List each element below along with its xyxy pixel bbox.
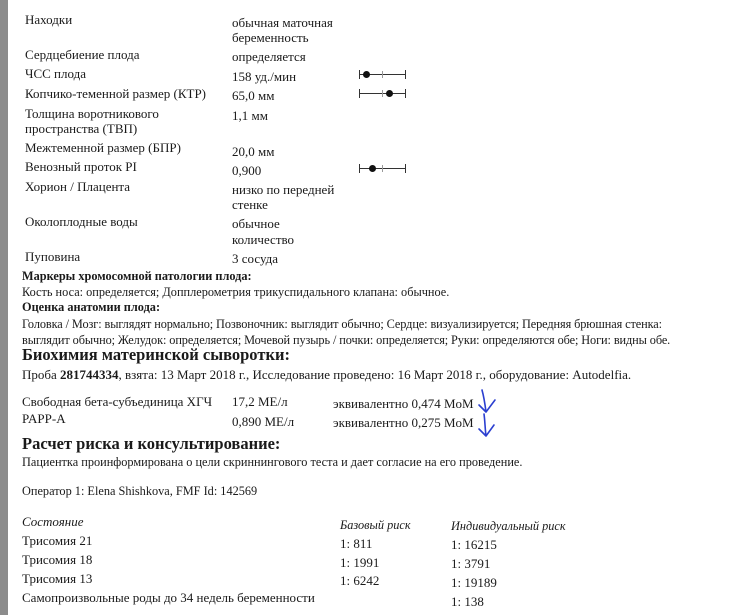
risk-header-condition: Состояние [22,513,84,530]
range-indicator-fhr [359,70,406,79]
finding-value: количество [232,231,294,248]
risk-condition: Самопроизвольные роды до 34 недель берем… [22,589,315,606]
finding-value: определяется [232,48,306,65]
finding-label: Копчико-теменной размер (КТР) [25,85,206,102]
sample-info: Проба 281744334, взята: 13 Март 2018 г.,… [22,366,631,383]
finding-value: 158 уд./мин [232,68,296,85]
biochem-title: Биохимия материнской сыворотки: [22,345,290,365]
scan-edge [0,0,8,615]
biochem-value: 0,890 МЕ/л [232,413,294,430]
risk-condition: Трисомия 13 [22,570,92,587]
finding-label: Пуповина [25,248,80,265]
biochem-mom: эквивалентно 0,474 MoM [333,395,474,412]
risk-individual: 1: 19189 [451,574,497,591]
finding-label: Находки [25,11,72,28]
finding-value: 20,0 мм [232,143,274,160]
finding-value: обычное [232,215,280,232]
markers-title: Маркеры хромосомной патологии плода: [22,268,252,284]
anatomy-line: Головка / Мозг: выглядят нормально; Позв… [22,316,662,332]
range-indicator-ductus [359,164,406,173]
risk-base: 1: 811 [340,535,372,552]
sample-details: , взята: 13 Март 2018 г., Исследование п… [119,367,632,382]
operator-info: Оператор 1: Elena Shishkova, FMF Id: 142… [22,483,257,499]
risk-individual: 1: 138 [451,593,484,610]
finding-label: Хорион / Плацента [25,178,130,195]
anatomy-title: Оценка анатомии плода: [22,299,160,315]
biochem-name: PAPP-A [22,410,66,427]
risk-condition: Трисомия 18 [22,551,92,568]
risk-base: 1: 1991 [340,554,379,571]
finding-value: 65,0 мм [232,87,274,104]
finding-label: Околоплодные воды [25,213,138,230]
handwritten-down-arrow-icon [476,413,498,441]
handwritten-down-arrow-icon [476,388,498,416]
finding-value: 0,900 [232,162,261,179]
biochem-name: Свободная бета-субъединица ХГЧ [22,393,212,410]
finding-value: стенке [232,196,268,213]
sample-id: 281744334 [60,367,119,382]
risk-individual: 1: 16215 [451,536,497,553]
biochem-mom: эквивалентно 0,275 MoM [333,414,474,431]
finding-label: Межтеменной размер (БПР) [25,139,181,156]
finding-label: Венозный проток PI [25,158,137,175]
finding-value: беременность [232,29,309,46]
sample-prefix: Проба [22,367,60,382]
risk-condition: Трисомия 21 [22,532,92,549]
finding-label: пространства (ТВП) [25,120,137,137]
range-indicator-crl [359,89,406,98]
biochem-value: 17,2 МЕ/л [232,393,288,410]
risk-header-individual: Индивидуальный риск [451,518,566,534]
finding-value: 3 сосуда [232,250,278,267]
risk-header-base: Базовый риск [340,517,411,533]
markers-text: Кость носа: определяется; Допплерометрия… [22,284,449,300]
risk-title: Расчет риска и консультирование: [22,434,280,454]
finding-label: Сердцебиение плода [25,46,140,63]
risk-base: 1: 6242 [340,572,379,589]
finding-value: 1,1 мм [232,107,268,124]
risk-individual: 1: 3791 [451,555,490,572]
finding-label: ЧСС плода [25,65,86,82]
consent-text: Пациентка проинформирована о цели скринн… [22,454,522,470]
